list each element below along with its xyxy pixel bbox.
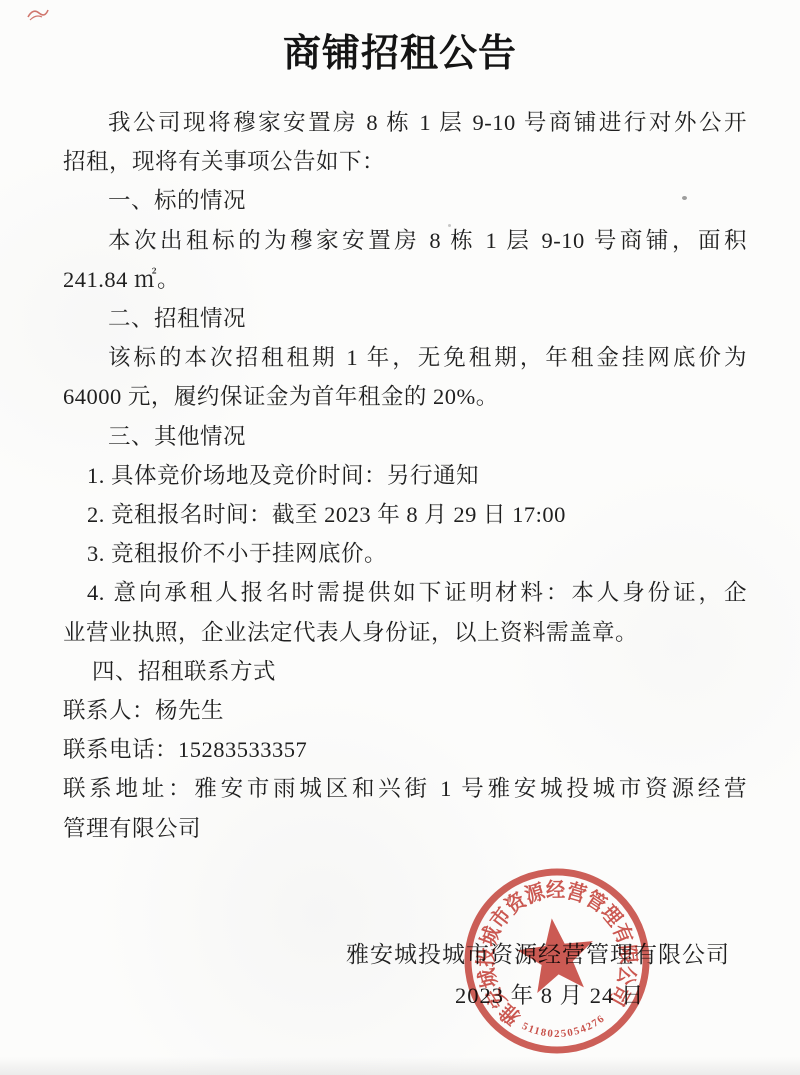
document-line: 64000 元，履约保证金为首年租金的 20%。 — [63, 377, 747, 416]
document-body: 我公司现将穆家安置房 8 栋 1 层 9-10 号商铺进行对外公开招租，现将有关… — [63, 103, 747, 848]
document-line: 二、招租情况 — [63, 299, 747, 338]
document-line: 联系人：杨先生 — [63, 691, 747, 730]
document-line: 四、招租联系方式 — [63, 652, 747, 691]
document-line: 业营业执照，企业法定代表人身份证，以上资料需盖章。 — [63, 613, 747, 652]
document-line: 三、其他情况 — [63, 417, 747, 456]
star-icon — [514, 914, 598, 995]
document-line: 1. 具体竞价场地及竞价时间：另行通知 — [63, 456, 747, 495]
document-line: 2. 竞租报名时间：截至 2023 年 8 月 29 日 17:00 — [63, 495, 747, 534]
document-title: 商铺招租公告 — [0, 22, 800, 77]
scan-artifact-red-mark — [26, 4, 50, 22]
document-line: 本次出租标的为穆家安置房 8 栋 1 层 9-10 号商铺，面积 — [63, 221, 747, 260]
document-line: 3. 竞租报价不小于挂网底价。 — [63, 534, 747, 573]
document-line: 该标的本次招租租期 1 年，无免租期，年租金挂网底价为 — [63, 338, 747, 377]
official-seal: 雅安城投城市资源经营管理有限公司 5118025054276 — [446, 850, 669, 1073]
document-line: 招租，现将有关事项公告如下： — [63, 142, 747, 181]
document-line: 4. 意向承租人报名时需提供如下证明材料：本人身份证，企 — [63, 573, 747, 612]
document-line: 一、标的情况 — [63, 181, 747, 220]
document-line: 联系电话：15283533357 — [63, 730, 747, 769]
document-line: 我公司现将穆家安置房 8 栋 1 层 9-10 号商铺进行对外公开 — [63, 103, 747, 142]
document-line: 联系地址：雅安市雨城区和兴街 1 号雅安城投城市资源经营 — [63, 769, 747, 808]
scanned-document-page: 商铺招租公告 我公司现将穆家安置房 8 栋 1 层 9-10 号商铺进行对外公开… — [0, 0, 800, 1075]
scan-bottom-shade — [0, 1057, 800, 1075]
document-line: 241.84 ㎡。 — [63, 260, 747, 299]
document-line: 管理有限公司 — [63, 809, 747, 848]
